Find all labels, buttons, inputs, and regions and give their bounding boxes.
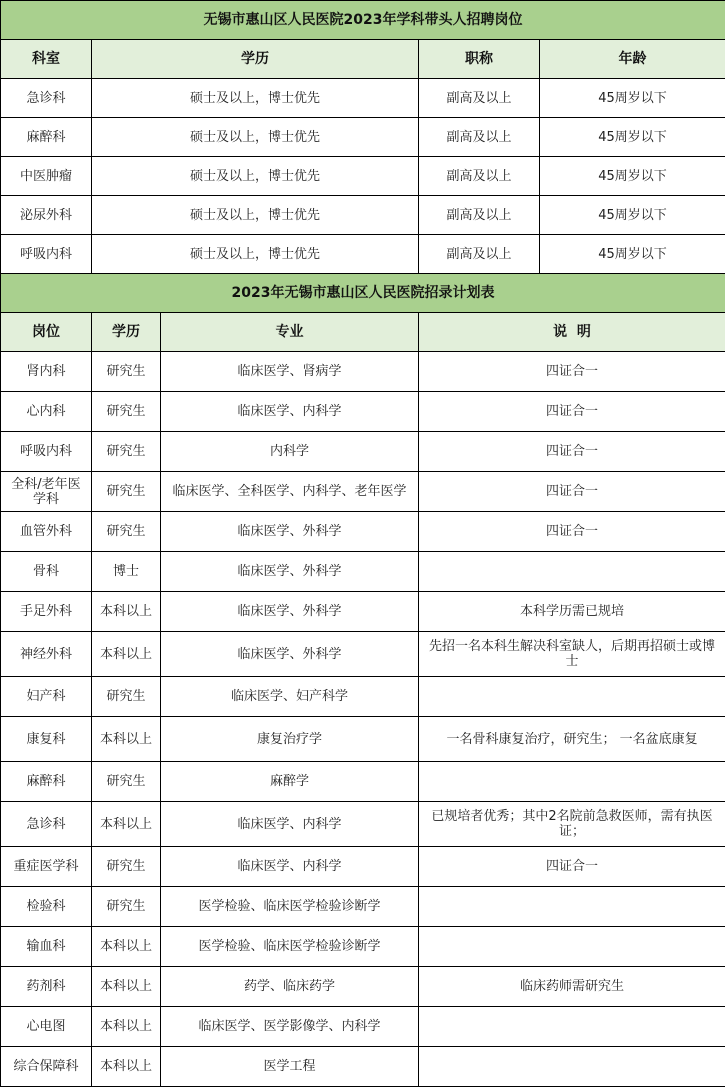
table-row: 心电图本科以上临床医学、医学影像学、内科学 [1,1007,725,1047]
cell: 四证合一 [419,512,725,552]
cell: 研究生 [92,512,161,552]
cell: 本科以上 [92,927,161,967]
cell: 45周岁以下 [540,196,725,235]
recruitment-plan-table: 2023年无锡市惠山区人民医院招录计划表 岗位 学历 专业 说 明 肾内科研究生… [0,273,725,1087]
cell [419,552,725,592]
cell [419,762,725,802]
cell: 本科以上 [92,967,161,1007]
cell: 综合保障科 [1,1047,92,1087]
table-row: 妇产科研究生临床医学、妇产科学 [1,677,725,717]
cell: 医学检验、临床医学检验诊断学 [161,927,419,967]
cell: 四证合一 [419,392,725,432]
cell: 研究生 [92,352,161,392]
cell: 研究生 [92,887,161,927]
header-notes: 说 明 [419,313,725,352]
cell: 副高及以上 [419,118,540,157]
table-row: 手足外科本科以上临床医学、外科学本科学历需已规培 [1,592,725,632]
cell: 临床医学、外科学 [161,632,419,677]
cell: 本科以上 [92,802,161,847]
table-row: 呼吸内科硕士及以上，博士优先副高及以上45周岁以下 [1,235,725,274]
cell: 康复科 [1,717,92,762]
cell: 研究生 [92,762,161,802]
cell: 博士 [92,552,161,592]
cell: 临床医学、内科学 [161,847,419,887]
cell: 硕士及以上，博士优先 [92,118,419,157]
cell: 研究生 [92,432,161,472]
cell: 药学、临床药学 [161,967,419,1007]
table-row: 心内科研究生临床医学、内科学四证合一 [1,392,725,432]
table-row: 血管外科研究生临床医学、外科学四证合一 [1,512,725,552]
cell: 重症医学科 [1,847,92,887]
leader-recruitment-table: 无锡市惠山区人民医院2023年学科带头人招聘岗位 科室 学历 职称 年龄 急诊科… [0,0,725,274]
cell: 临床医学、全科医学、内科学、老年医学 [161,472,419,512]
cell: 妇产科 [1,677,92,717]
cell: 本科以上 [92,592,161,632]
table-row: 中医肿瘤硕士及以上，博士优先副高及以上45周岁以下 [1,157,725,196]
cell: 副高及以上 [419,157,540,196]
cell: 临床医学、内科学 [161,802,419,847]
table-row: 康复科本科以上康复治疗学一名骨科康复治疗，研究生； 一名盆底康复 [1,717,725,762]
header-major: 专业 [161,313,419,352]
table-row: 综合保障科本科以上医学工程 [1,1047,725,1087]
cell [419,677,725,717]
table-row: 重症医学科研究生临床医学、内科学四证合一 [1,847,725,887]
cell: 呼吸内科 [1,432,92,472]
cell: 本科学历需已规培 [419,592,725,632]
cell: 骨科 [1,552,92,592]
cell: 硕士及以上，博士优先 [92,79,419,118]
cell: 输血科 [1,927,92,967]
cell: 四证合一 [419,352,725,392]
header-title: 职称 [419,40,540,79]
cell: 已规培者优秀；其中2名院前急救医师，需有执医证； [419,802,725,847]
table-row: 麻醉科硕士及以上，博士优先副高及以上45周岁以下 [1,118,725,157]
cell: 临床医学、外科学 [161,512,419,552]
cell: 麻醉学 [161,762,419,802]
cell: 康复治疗学 [161,717,419,762]
cell: 内科学 [161,432,419,472]
cell: 本科以上 [92,632,161,677]
header-position: 岗位 [1,313,92,352]
cell: 临床医学、外科学 [161,592,419,632]
table-row: 急诊科本科以上临床医学、内科学已规培者优秀；其中2名院前急救医师，需有执医证； [1,802,725,847]
cell: 血管外科 [1,512,92,552]
cell: 本科以上 [92,1007,161,1047]
cell: 临床医学、妇产科学 [161,677,419,717]
cell: 副高及以上 [419,196,540,235]
cell: 研究生 [92,847,161,887]
cell: 心内科 [1,392,92,432]
table-row: 输血科本科以上医学检验、临床医学检验诊断学 [1,927,725,967]
cell: 硕士及以上，博士优先 [92,196,419,235]
table-row: 呼吸内科研究生内科学四证合一 [1,432,725,472]
cell: 医学工程 [161,1047,419,1087]
cell: 中医肿瘤 [1,157,92,196]
cell: 手足外科 [1,592,92,632]
table2-title: 2023年无锡市惠山区人民医院招录计划表 [1,274,725,313]
header-age: 年龄 [540,40,725,79]
cell: 研究生 [92,472,161,512]
cell: 心电图 [1,1007,92,1047]
table-row: 急诊科硕士及以上，博士优先副高及以上45周岁以下 [1,79,725,118]
cell: 本科以上 [92,717,161,762]
cell: 临床医学、肾病学 [161,352,419,392]
cell: 先招一名本科生解决科室缺人，后期再招硕士或博士 [419,632,725,677]
table-row: 泌尿外科硕士及以上，博士优先副高及以上45周岁以下 [1,196,725,235]
cell: 药剂科 [1,967,92,1007]
cell: 医学检验、临床医学检验诊断学 [161,887,419,927]
cell: 肾内科 [1,352,92,392]
table-row: 神经外科本科以上临床医学、外科学先招一名本科生解决科室缺人，后期再招硕士或博士 [1,632,725,677]
cell: 副高及以上 [419,79,540,118]
header-department: 科室 [1,40,92,79]
cell: 急诊科 [1,802,92,847]
cell: 临床药师需研究生 [419,967,725,1007]
cell: 研究生 [92,677,161,717]
cell: 全科/老年医学科 [1,472,92,512]
cell: 四证合一 [419,472,725,512]
cell: 呼吸内科 [1,235,92,274]
cell: 副高及以上 [419,235,540,274]
cell: 麻醉科 [1,118,92,157]
cell [419,887,725,927]
header-education: 学历 [92,40,419,79]
table-row: 药剂科本科以上药学、临床药学临床药师需研究生 [1,967,725,1007]
cell: 一名骨科康复治疗，研究生； 一名盆底康复 [419,717,725,762]
cell: 研究生 [92,392,161,432]
cell: 45周岁以下 [540,157,725,196]
cell [419,1007,725,1047]
header-education: 学历 [92,313,161,352]
cell: 临床医学、外科学 [161,552,419,592]
table-row: 检验科研究生医学检验、临床医学检验诊断学 [1,887,725,927]
table-row: 肾内科研究生临床医学、肾病学四证合一 [1,352,725,392]
table-row: 麻醉科研究生麻醉学 [1,762,725,802]
cell: 硕士及以上，博士优先 [92,157,419,196]
cell: 神经外科 [1,632,92,677]
cell [419,1047,725,1087]
cell: 急诊科 [1,79,92,118]
cell: 四证合一 [419,432,725,472]
cell: 硕士及以上，博士优先 [92,235,419,274]
cell [419,927,725,967]
cell: 麻醉科 [1,762,92,802]
cell: 泌尿外科 [1,196,92,235]
table-row: 全科/老年医学科研究生临床医学、全科医学、内科学、老年医学四证合一 [1,472,725,512]
cell: 45周岁以下 [540,79,725,118]
cell: 临床医学、医学影像学、内科学 [161,1007,419,1047]
table1-title: 无锡市惠山区人民医院2023年学科带头人招聘岗位 [1,1,725,40]
table-row: 骨科博士临床医学、外科学 [1,552,725,592]
cell: 检验科 [1,887,92,927]
cell: 45周岁以下 [540,118,725,157]
cell: 四证合一 [419,847,725,887]
cell: 本科以上 [92,1047,161,1087]
cell: 45周岁以下 [540,235,725,274]
cell: 临床医学、内科学 [161,392,419,432]
